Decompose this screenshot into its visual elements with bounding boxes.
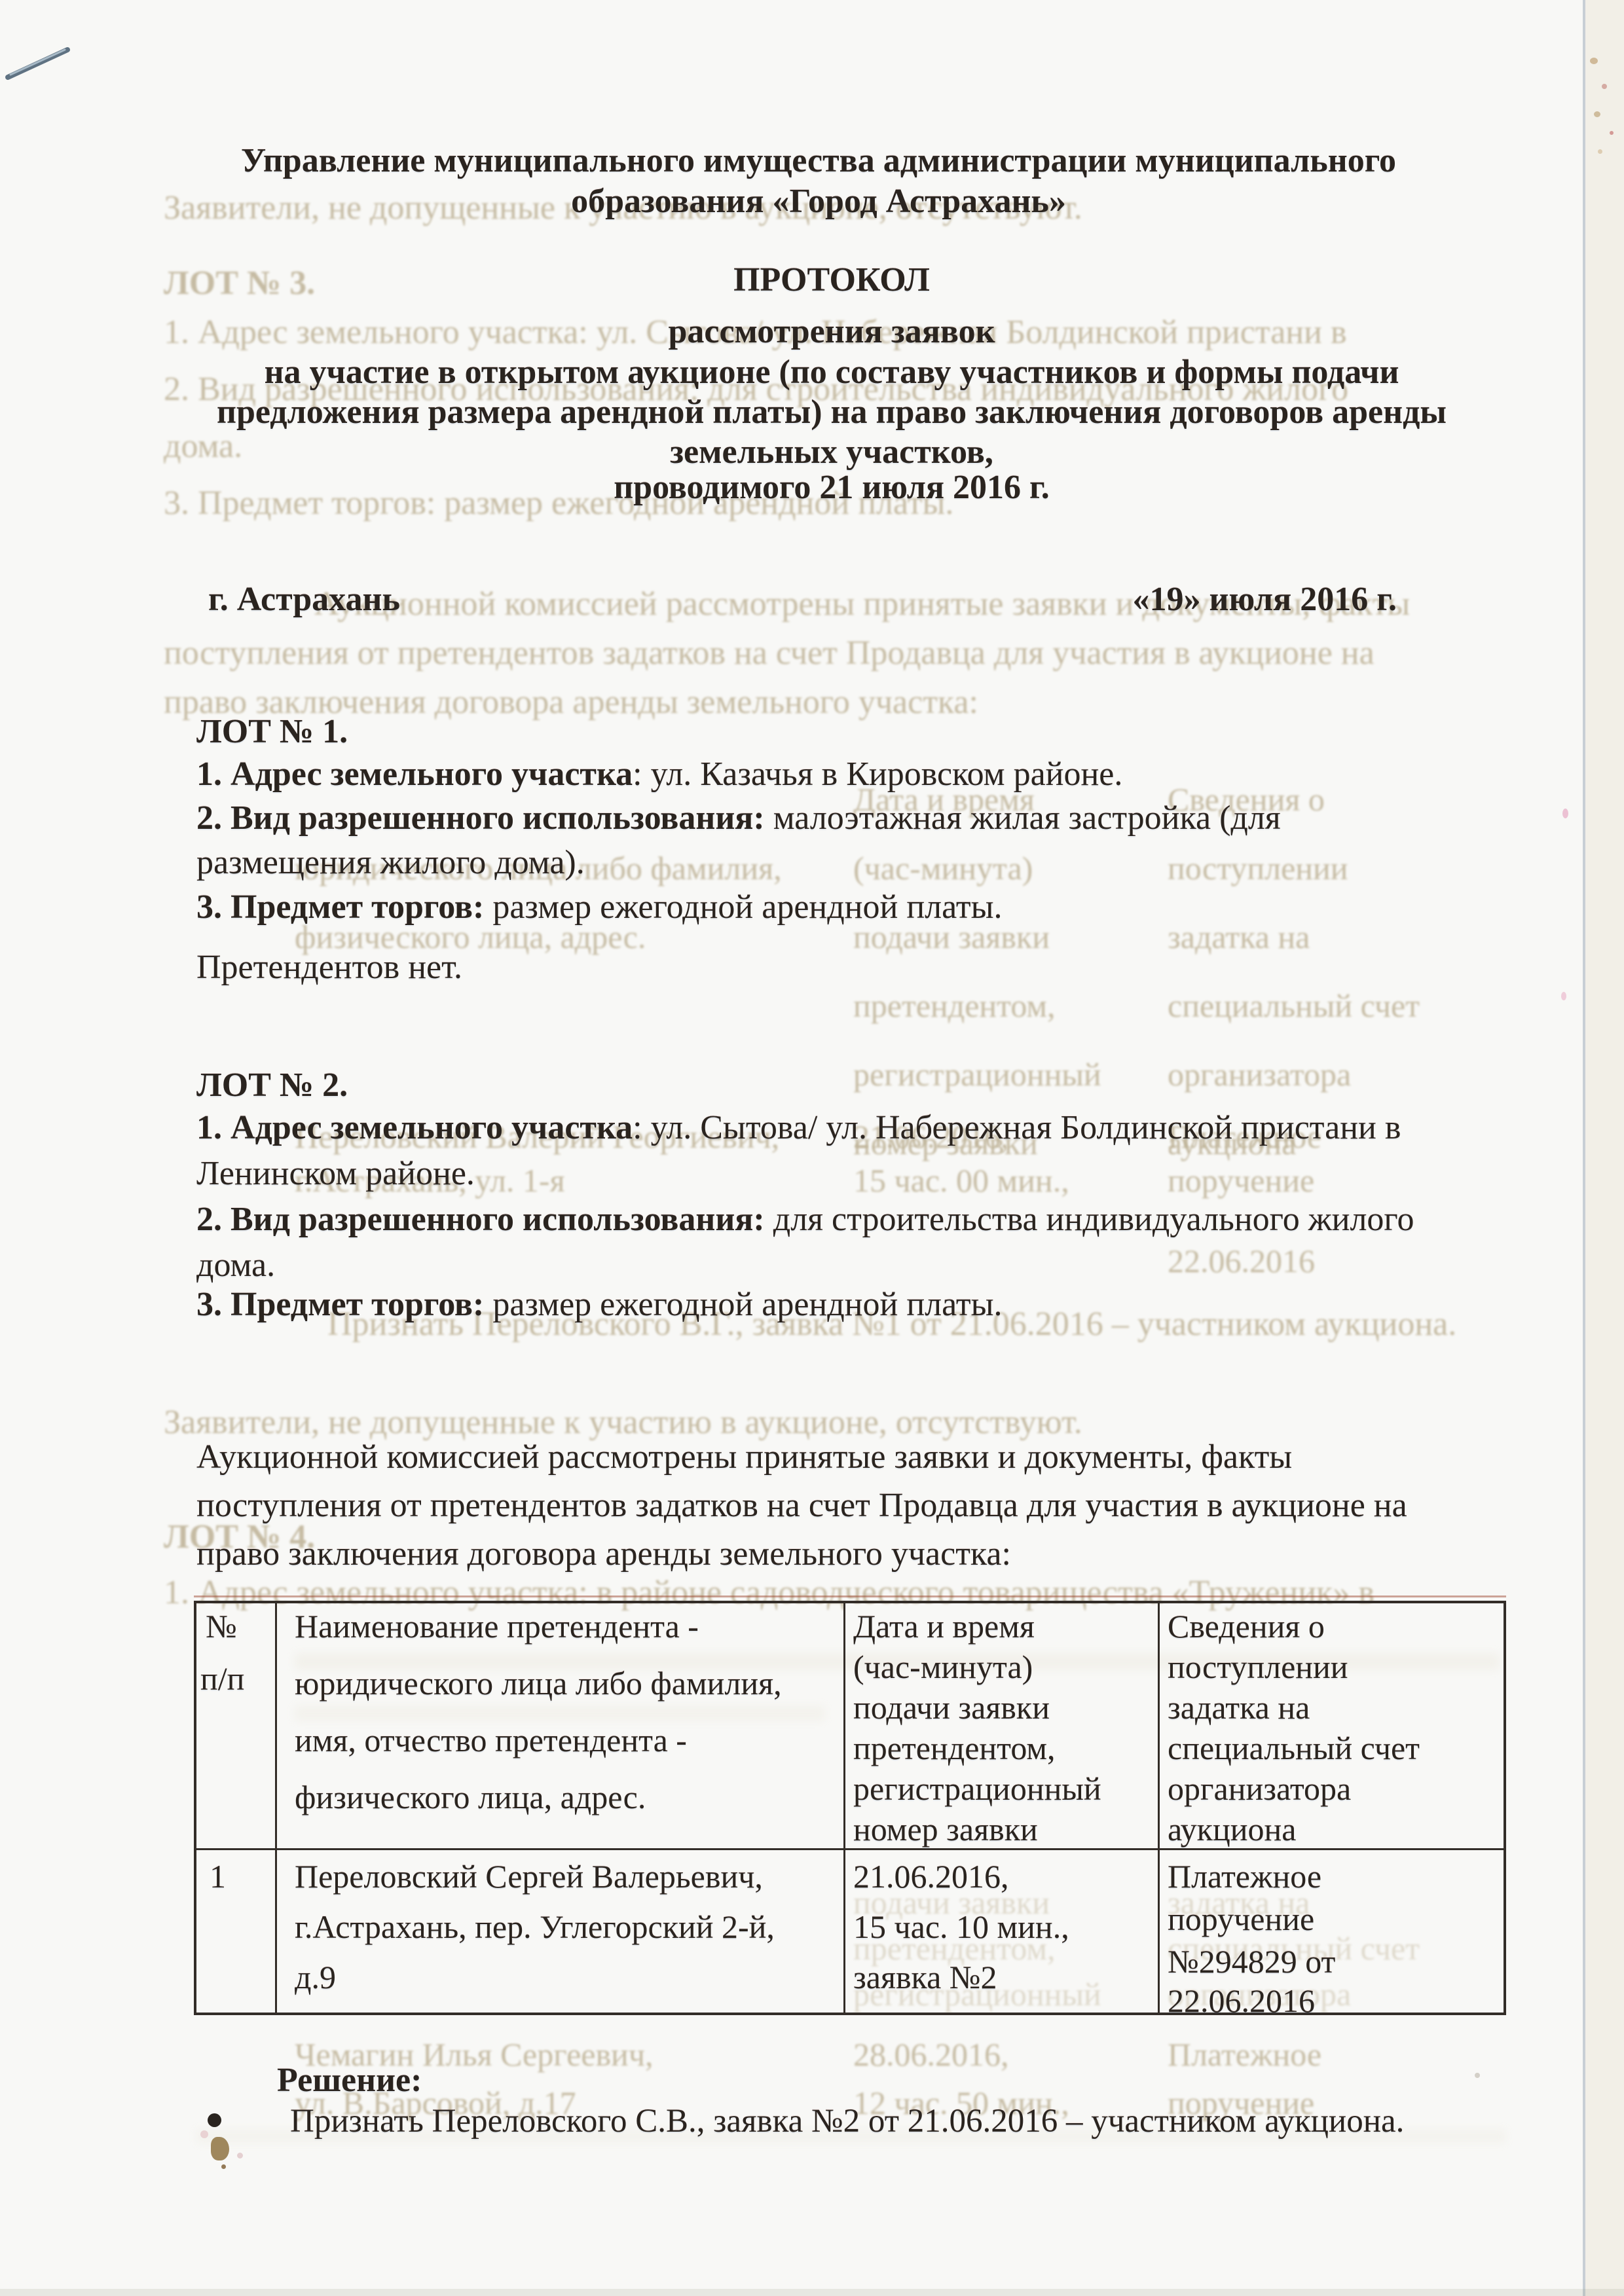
speck [1610,131,1614,135]
speck [1561,992,1566,1000]
ghost-th-col4-line: поступлении [1168,850,1348,888]
th-deposit-2: поступлении [1168,1649,1348,1686]
ghost-line: Заявители, не допущенные к участию в аук… [164,1403,1082,1442]
doc-subtitle-4: земельных участков, [124,433,1539,472]
lot1-address: 1. Адрес земельного участка: ул. Казачья… [196,755,1122,794]
row-name-2: г.Астрахань, пер. Углегорский 2-й, [295,1908,830,1946]
lot2-subject-text: размер ежегодной арендной платы. [484,1286,1002,1323]
lot2-address-label: 1. Адрес земельного участка [196,1109,633,1146]
lot1-address-label: 1. Адрес земельного участка [196,756,633,793]
lot1-subject-label: 3. Предмет торгов: [196,888,484,926]
commission-paragraph-3: право заключения договора аренды земельн… [196,1535,1011,1574]
bullet-icon [208,2113,221,2127]
row-payment-4: 22.06.2016 [1168,1982,1315,2020]
table-column-line-3 [1158,1603,1160,2013]
speck [200,2130,208,2138]
ghost-paragraph-2: поступления от претендентов задатков на … [164,634,1500,673]
doc-subtitle-5: проводимого 21 июля 2016 г. [124,468,1539,507]
lot1-subject-text: размер ежегодной арендной платы. [484,888,1002,926]
lot2-usage-text: для строительства индивидуального жилого [765,1201,1414,1238]
ghost-next-row-payment: Платежное [1168,2036,1321,2074]
decision-text: Признать Переловского С.В., заявка №2 от… [290,2102,1493,2141]
th-deposit-5: организатора [1168,1770,1351,1808]
paper-speck [211,2137,229,2160]
th-date-6: номер заявки [853,1811,1038,1849]
th-date-1: Дата и время [853,1608,1141,1646]
row-payment-2: поручение [1168,1901,1314,1939]
lot2-usage: 2. Вид разрешенного использования: для с… [196,1200,1500,1239]
row-date-3: заявка №2 [853,1959,997,1997]
table-top-accent [194,1595,1506,1597]
lot1-heading: ЛОТ № 1. [196,712,348,752]
speck [1602,84,1607,89]
doc-title: ПРОТОКОЛ [124,261,1539,300]
lot2-address: 1. Адрес земельного участка: ул. Сытова/… [196,1108,1500,1148]
ghost-next-row-date: 28.06.2016, [853,2036,1009,2074]
lot1-no-applicants: Претендентов нет. [196,948,462,987]
speck [1598,149,1602,154]
row-num: 1 [210,1858,226,1896]
city-label: г. Астрахань [208,580,400,619]
ghost-th-col3-line: (час-минута) [853,850,1033,888]
decision-heading: Решение: [277,2061,422,2100]
ghost-th-col4-line: задатка на [1168,919,1496,957]
speck [237,2153,243,2159]
lot2-usage-cont: дома. [196,1246,275,1285]
scanner-margin-strip [1585,0,1624,2296]
lot1-usage-label: 2. Вид разрешенного использования: [196,799,765,837]
th-deposit-1: Сведения о [1168,1608,1490,1646]
th-deposit-4: специальный счет [1168,1730,1490,1768]
th-name-3: имя, отчество претендента - [295,1722,830,1760]
th-num-2: п/п [200,1660,244,1698]
speck [1475,2073,1480,2078]
lot1-usage-cont: размещения жилого дома). [196,843,585,883]
th-date-2: (час-минута) [853,1649,1033,1686]
doc-subtitle-2: на участие в открытом аукционе (по соста… [124,353,1539,392]
lot1-subject: 3. Предмет торгов: размер ежегодной арен… [196,888,1003,927]
lot1-usage: 2. Вид разрешенного использования: малоэ… [196,799,1500,838]
row-payment-1: Платежное [1168,1858,1321,1896]
th-date-5: регистрационный [853,1770,1101,1808]
ghost-row-date2: 15 час. 00 мин., [853,1162,1148,1200]
commission-paragraph-1: Аукционной комиссией рассмотрены приняты… [196,1438,1500,1477]
table-column-line-1 [275,1603,277,2013]
org-name-line1: Управление муниципального имущества адми… [98,141,1539,181]
th-deposit-3: задатка на [1168,1689,1490,1727]
row-date-2: 15 час. 10 мин., [853,1908,1141,1946]
lot2-address-text: : ул. Сытова/ ул. Набережная Болдинской … [633,1109,1401,1146]
speck [1562,809,1568,818]
ghost-row-payment2: поручение [1168,1162,1314,1200]
th-date-3: подачи заявки [853,1689,1141,1727]
lot1-usage-text: малоэтажная жилая застройка (для [765,799,1281,837]
lot2-heading: ЛОТ № 2. [196,1066,348,1105]
row-name-1: Переловский Сергей Валерьевич, [295,1858,830,1896]
speck [221,2164,226,2169]
date-label: «19» июля 2016 г. [1113,580,1397,619]
lot2-address-cont: Ленинском районе. [196,1154,475,1194]
pen-mark [0,20,92,98]
th-name-4: физического лица, адрес. [295,1779,646,1817]
th-name-1: Наименование претендента - [295,1608,830,1646]
speck [1590,58,1598,64]
th-name-2: юридического лица либо фамилия, [295,1665,830,1703]
row-payment-3: №294829 от [1168,1943,1490,1981]
ghost-th-col4-line: специальный счет [1168,987,1496,1025]
table-header-separator [194,1848,1506,1850]
ghost-th-col3-line: регистрационный [853,1056,1101,1094]
th-num: № [206,1608,237,1646]
speck [1594,111,1600,117]
row-name-3: д.9 [295,1959,336,1997]
lot2-subject-label: 3. Предмет торгов: [196,1286,484,1323]
th-date-4: претендентом, [853,1730,1056,1768]
commission-paragraph-2: поступления от претендентов задатков на … [196,1486,1500,1525]
lot2-subject: 3. Предмет торгов: размер ежегодной арен… [196,1285,1003,1324]
scanned-document-page: Заявители, не допущенные к участию в аук… [0,0,1624,2296]
row-date-1: 21.06.2016, [853,1858,1009,1896]
org-name-line2: образования «Город Астрахань» [98,182,1539,221]
table-column-line-2 [843,1603,845,2013]
lot2-usage-label: 2. Вид разрешенного использования: [196,1201,765,1238]
bottom-edge-shadow [0,2289,1624,2296]
doc-subtitle-3: предложения размера арендной платы) на п… [124,393,1539,432]
th-deposit-6: аукциона [1168,1811,1296,1849]
ghost-row-payment3: 22.06.2016 [1168,1243,1315,1281]
doc-subtitle-1: рассмотрения заявок [124,312,1539,352]
page-edge-line [1583,0,1585,2296]
ghost-th-col4-line: организатора [1168,1056,1351,1094]
lot1-address-text: : ул. Казачья в Кировском районе. [633,756,1122,793]
ghost-th-col3-line: претендентом, [853,987,1056,1025]
